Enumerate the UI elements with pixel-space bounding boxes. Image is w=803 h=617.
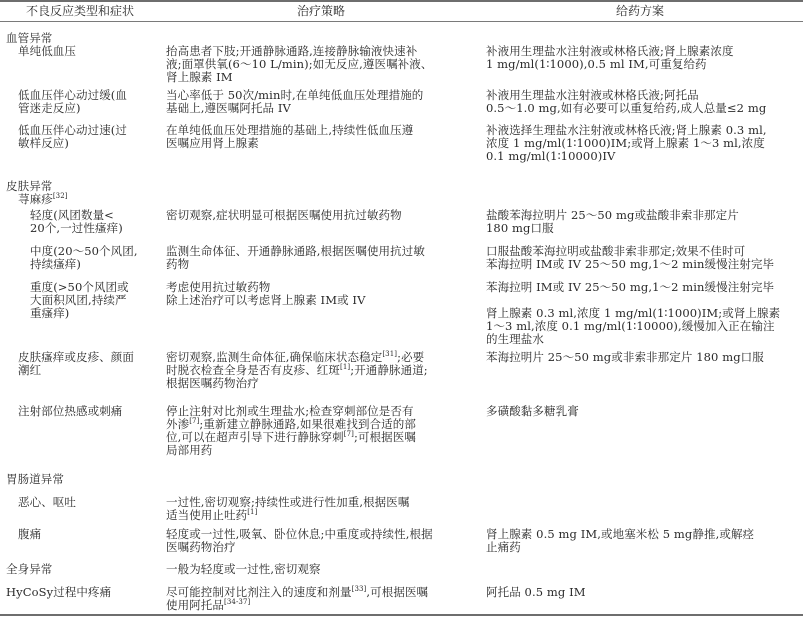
category-gastrointestinal: 胃肠道异常 [6,473,156,486]
row-injection-site-treatment: 停止注射对比剂或生理盐水;检查穿刺部位是否有 外渗[7];重新建立静脉通路,如果… [166,405,456,457]
row-injection-site-symptom: 注射部位热感或刺痛 [18,405,168,418]
row-tachycardia-dosing: 补液选择生理盐水注射液或林格氏液;肾上腺素 0.3 ml, 浓度 1 mg/ml… [486,124,798,163]
row-moderate-urticaria-treatment: 监测生命体征、开通静脉通路,根据医嘱使用抗过敏 药物 [166,245,456,271]
row-abdominal-pain-treatment: 轻度或一过性,吸氧、卧位休息;中重度或持续性,根据 医嘱药物治疗 [166,528,456,554]
row-systemic-symptom: 全身异常 [6,563,156,576]
row-hycosy-pain-symptom: HyCoSy过程中疼痛 [6,586,156,599]
row-systemic-treatment: 一般为轻度或一过性,密切观察 [166,563,456,576]
row-mild-urticaria-treatment: 密切观察,症状明显可根据医嘱使用抗过敏药物 [166,209,456,222]
row-mild-urticaria-dosing: 盐酸苯海拉明片 25～50 mg或盐酸非索非那定片 180 mg口服 [486,209,798,235]
row-bradycardia-treatment: 当心率低于 50次/min时,在单纯低血压处理措施的 基础上,遵医嘱阿托品 IV [166,89,456,115]
row-simple-hypotension-symptom: 单纯低血压 [18,45,168,58]
header-dosing-regimen: 给药方案 [616,3,664,19]
row-severe-urticaria-dosing-b: 肾上腺素 0.3 ml,浓度 1 mg/ml(1∶1000)IM;或肾上腺素 1… [486,307,798,346]
row-tachycardia-symptom: 低血压伴心动过速(过 敏样反应) [18,124,168,150]
row-mild-urticaria-symptom: 轻度(风团数量< 20个,一过性瘙痒) [30,209,180,235]
table-top-rule [0,0,803,2]
header-reaction-type: 不良反应类型和症状 [26,3,134,19]
row-hycosy-pain-dosing: 阿托品 0.5 mg IM [486,586,798,599]
row-abdominal-pain-symptom: 腹痛 [18,528,168,541]
header-treatment-strategy: 治疗策略 [297,3,345,19]
adverse-reaction-table: 不良反应类型和症状 治疗策略 给药方案 血管异常 单纯低血压 抬高患者下肢;开通… [0,0,803,617]
row-simple-hypotension-treatment: 抬高患者下肢;开通静脉通路,连接静脉输液快速补 液;面罩供氧(6～10 L/mi… [166,45,456,84]
row-severe-urticaria-dosing-a: 苯海拉明 IM或 IV 25～50 mg,1～2 min缓慢注射完毕 [486,281,798,294]
row-pruritus-rash-treatment: 密切观察,监测生命体征,确保临床状态稳定[31];必要 时脱衣检查全身是否有皮疹… [166,351,456,390]
citation-7b: [7] [344,430,354,438]
row-hycosy-pain-treatment: 尽可能控制对比剂注入的速度和剂量[33],可根据医嘱 使用阿托品[34-37] [166,586,456,612]
row-bradycardia-symptom: 低血压伴心动过缓(血 管迷走反应) [18,89,168,115]
citation-31: [31] [382,350,397,358]
citation-7: [7] [189,417,199,425]
citation-33: [33] [352,585,367,593]
table-bottom-rule [0,614,803,616]
row-pruritus-rash-dosing: 苯海拉明片 25～50 mg或非索非那定片 180 mg口服 [486,351,798,364]
row-nausea-treatment: 一过性,密切观察;持续性或进行性加重,根据医嘱 适当使用止吐药[1] [166,496,456,522]
citation-34-37: [34-37] [224,598,250,606]
citation-1b: [1] [247,508,257,516]
table-header-rule [0,21,803,22]
row-injection-site-dosing: 多磺酸黏多糖乳膏 [486,405,798,418]
row-moderate-urticaria-symptom: 中度(20～50个风团, 持续瘙痒) [30,245,180,271]
urticaria-label: 荨麻疹 [18,192,53,206]
row-severe-urticaria-symptom: 重度(>50个风团或 大面积风团,持续严 重瘙痒) [30,281,180,320]
citation-32: [32] [53,192,68,200]
citation-1: [1] [340,363,350,371]
row-urticaria-symptom: 荨麻疹[32] [18,193,168,206]
row-severe-urticaria-treatment: 考虑使用抗过敏药物 除上述治疗可以考虑肾上腺素 IM或 IV [166,281,456,307]
row-abdominal-pain-dosing: 肾上腺素 0.5 mg IM,或地塞米松 5 mg静推,或解痉 止痛药 [486,528,798,554]
row-pruritus-rash-symptom: 皮肤瘙痒或皮疹、颜面 潮红 [18,351,168,377]
row-bradycardia-dosing: 补液用生理盐水注射液或林格氏液;阿托品 0.5～1.0 mg,如有必要可以重复给… [486,89,798,115]
row-moderate-urticaria-dosing: 口服盐酸苯海拉明或盐酸非索非那定;效果不佳时可 苯海拉明 IM或 IV 25～5… [486,245,798,271]
row-nausea-symptom: 恶心、呕吐 [18,496,168,509]
row-tachycardia-treatment: 在单纯低血压处理措施的基础上,持续性低血压遵 医嘱应用肾上腺素 [166,124,456,150]
row-simple-hypotension-dosing: 补液用生理盐水注射液或林格氏液;肾上腺素浓度 1 mg/ml(1∶1000),0… [486,45,798,71]
